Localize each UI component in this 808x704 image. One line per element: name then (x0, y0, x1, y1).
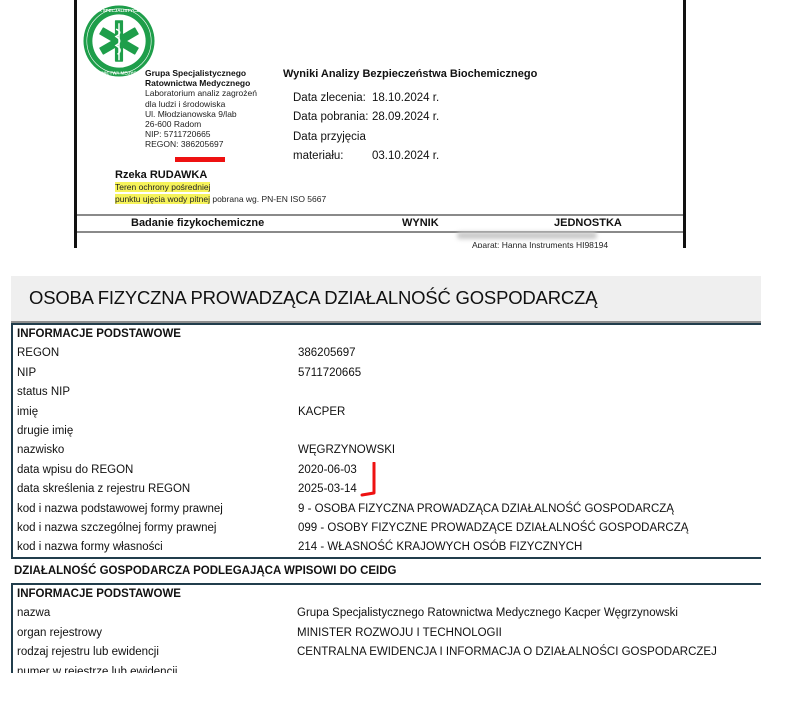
field-value: 5711720665 (298, 364, 361, 383)
registry-header: OSOBA FIZYCZNA PROWADZĄCA DZIAŁALNOŚĆ GO… (11, 276, 761, 323)
table-row: kod i nazwa formy własności214 - WŁASNOŚ… (13, 538, 761, 557)
svg-text:RATOWNICTWA MEDYCZNEGO: RATOWNICTWA MEDYCZNEGO (86, 70, 153, 75)
table-row: drugie imię (13, 422, 761, 441)
apparatus-note: Aparat: Hanna Instruments HI98194 (472, 240, 608, 248)
highlighted-text: Teren ochrony pośredniej (115, 182, 210, 192)
date-label: Data przyjęcia (293, 128, 372, 147)
date-value: 03.10.2024 r. (372, 147, 439, 166)
date-label: materiału: (293, 147, 372, 166)
field-label: kod i nazwa szczególnej formy prawnej (17, 519, 216, 538)
field-value: 214 - WŁASNOŚĆ KRAJOWYCH OSÓB FIZYCZNYCH (298, 538, 582, 557)
red-underline-annotation (175, 157, 225, 162)
sampling-location: Teren ochrony pośredniej punktu ujęcia w… (115, 182, 326, 205)
red-annotation-mark (360, 462, 378, 500)
date-label: Data zlecenia: (293, 89, 372, 108)
field-label: drugie imię (17, 422, 73, 441)
blurred-text (457, 232, 597, 239)
table-row: rodzaj rejestru lub ewidencjiCENTRALNA E… (13, 643, 761, 662)
section-heading: INFORMACJE PODSTAWOWE (13, 585, 761, 604)
sampling-note: pobrana wg. PN-EN ISO 5667 (210, 194, 326, 204)
table-row: data wpisu do REGON2020-06-03 (13, 461, 761, 480)
date-value: 18.10.2024 r. (372, 89, 439, 108)
table-row: kod i nazwa podstawowej formy prawnej9 -… (13, 500, 761, 519)
table-row: numer w rejestrze lub ewidencji (13, 663, 761, 673)
field-label: status NIP (17, 383, 70, 402)
field-value: Grupa Specjalistycznego Ratownictwa Medy… (297, 604, 678, 623)
field-label: rodzaj rejestru lub ewidencji (17, 643, 159, 662)
section-heading-text: INFORMACJE PODSTAWOWE (17, 585, 181, 604)
column-header-unit: JEDNOSTKA (554, 217, 622, 229)
field-label: numer w rejestrze lub ewidencji (17, 663, 177, 673)
organization-info: Grupa Specjalistycznego Ratownictwa Medy… (145, 68, 257, 150)
table-row: status NIP (13, 383, 761, 402)
date-label: Data pobrania: (293, 108, 372, 127)
river-name: Rzeka RUDAWKA (115, 169, 207, 181)
table-row: organ rejestrowyMINISTER ROZWOJU I TECHN… (13, 624, 761, 643)
field-value: 9 - OSOBA FIZYCZNA PROWADZĄCA DZIAŁALNOŚ… (298, 500, 674, 519)
table-row: nazwaGrupa Specjalistycznego Ratownictwa… (13, 604, 761, 623)
org-regon: REGON: 386205697 (145, 139, 257, 149)
column-header-test: Badanie fizykochemiczne (131, 217, 264, 229)
org-name-line1: Grupa Specjalistycznego (145, 68, 257, 78)
table-row: REGON386205697 (13, 344, 761, 363)
field-label: NIP (17, 364, 36, 383)
table-row: imięKACPER (13, 403, 761, 422)
report-title: Wyniki Analizy Bezpieczeństwa Biochemicz… (283, 68, 537, 80)
ceidg-info-table: INFORMACJE PODSTAWOWE nazwaGrupa Specjal… (11, 583, 761, 673)
section-heading: INFORMACJE PODSTAWOWE (13, 325, 761, 344)
date-value: 28.09.2024 r. (372, 108, 439, 127)
section-heading-text: INFORMACJE PODSTAWOWE (17, 325, 181, 344)
field-value: 2020-06-03 (298, 461, 357, 480)
svg-text:GRUPA SPECJALISTYCZNEGO: GRUPA SPECJALISTYCZNEGO (86, 8, 153, 13)
org-nip: NIP: 5711720665 (145, 129, 257, 139)
table-row: NIP5711720665 (13, 364, 761, 383)
table-row: kod i nazwa szczególnej formy prawnej099… (13, 519, 761, 538)
org-name-line2: Ratownictwa Medycznego (145, 78, 257, 88)
ceidg-section-title: DZIAŁALNOŚĆ GOSPODARCZA PODLEGAJĄCA WPIS… (14, 565, 397, 577)
field-label: nazwisko (17, 441, 64, 460)
results-table-header: Badanie fizykochemiczne WYNIK JEDNOSTKA (77, 214, 683, 233)
field-label: data wpisu do REGON (17, 461, 133, 480)
field-value: 2025-03-14 (298, 480, 357, 499)
field-label: imię (17, 403, 38, 422)
field-label: kod i nazwa podstawowej formy prawnej (17, 500, 223, 519)
field-value: CENTRALNA EWIDENCJA I INFORMACJA O DZIAŁ… (297, 643, 717, 662)
registry-title: OSOBA FIZYCZNA PROWADZĄCA DZIAŁALNOŚĆ GO… (29, 287, 597, 309)
org-detail: 26-600 Radom (145, 119, 257, 129)
field-value: WĘGRZYNOWSKI (298, 441, 395, 460)
field-value: MINISTER ROZWOJU I TECHNOLOGII (297, 624, 502, 643)
lab-report-scan: GRUPA SPECJALISTYCZNEGO RATOWNICTWA MEDY… (74, 0, 686, 248)
report-dates: Data zlecenia:18.10.2024 r. Data pobrani… (293, 89, 439, 167)
field-label: data skreślenia z rejestru REGON (17, 480, 190, 499)
table-row: nazwiskoWĘGRZYNOWSKI (13, 441, 761, 460)
highlighted-text: punktu ujęcia wody pitnej (115, 194, 210, 204)
field-value: KACPER (298, 403, 345, 422)
basic-info-table: INFORMACJE PODSTAWOWE REGON386205697 NIP… (11, 323, 761, 559)
field-value: 099 - OSOBY FIZYCZNE PROWADZĄCE DZIAŁALN… (298, 519, 688, 538)
org-detail: Ul. Młodzianowska 9/lab (145, 109, 257, 119)
field-label: organ rejestrowy (17, 624, 102, 643)
column-header-result: WYNIK (402, 217, 439, 229)
medical-logo-icon: GRUPA SPECJALISTYCZNEGO RATOWNICTWA MEDY… (82, 4, 156, 78)
field-label: kod i nazwa formy własności (17, 538, 163, 557)
table-row: data skreślenia z rejestru REGON2025-03-… (13, 480, 761, 499)
field-value: 386205697 (298, 344, 356, 363)
org-detail: dla ludzi i środowiska (145, 99, 257, 109)
org-detail: Laboratorium analiz zagrożeń (145, 88, 257, 98)
field-label: REGON (17, 344, 59, 363)
field-label: nazwa (17, 604, 50, 623)
